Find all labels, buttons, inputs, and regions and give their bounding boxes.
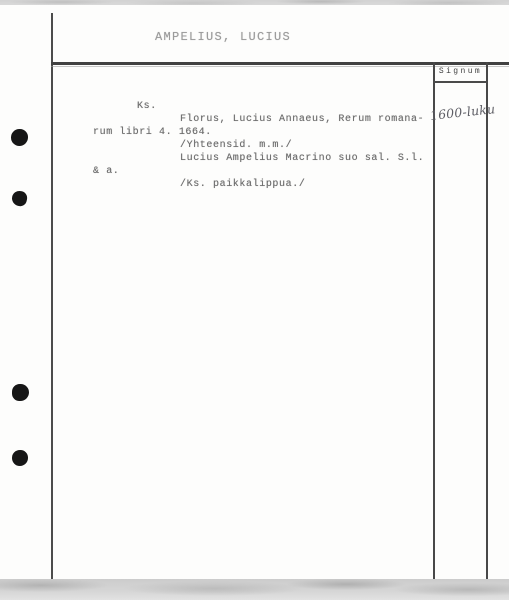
card-line: /Yhteensid. m.m./ xyxy=(0,139,433,152)
punch-hole xyxy=(11,129,28,146)
catalog-card-page: AMPELIUS, LUCIUS Signum 1600-luku Ks. Fl… xyxy=(0,0,509,600)
card-line: Florus, Lucius Annaeus, Rerum romana- xyxy=(0,113,433,126)
signum-column-header: Signum xyxy=(436,67,485,76)
punch-hole xyxy=(12,450,28,466)
card-line: Ks. xyxy=(0,100,433,113)
punch-hole xyxy=(11,190,29,208)
scan-artifact-top-band xyxy=(0,0,509,5)
signum-handwritten-value: 1600-luku xyxy=(429,101,494,123)
card-line: & a. xyxy=(0,165,433,178)
punch-hole xyxy=(12,384,29,401)
card-body: Ks. Florus, Lucius Annaeus, Rerum romana… xyxy=(0,100,433,191)
card-line: rum libri 4. 1664. xyxy=(0,126,433,139)
signum-column-right-rule xyxy=(486,62,488,595)
card-line: /Ks. paikkalippua./ xyxy=(0,178,433,191)
signum-header-bottom-rule xyxy=(433,81,487,83)
card-line: Lucius Ampelius Macrino suo sal. S.l. xyxy=(0,152,433,165)
signum-column-left-rule xyxy=(433,62,435,595)
card-top-rule xyxy=(51,62,509,65)
scan-artifact-bottom-band xyxy=(0,579,509,600)
card-heading: AMPELIUS, LUCIUS xyxy=(155,30,291,44)
